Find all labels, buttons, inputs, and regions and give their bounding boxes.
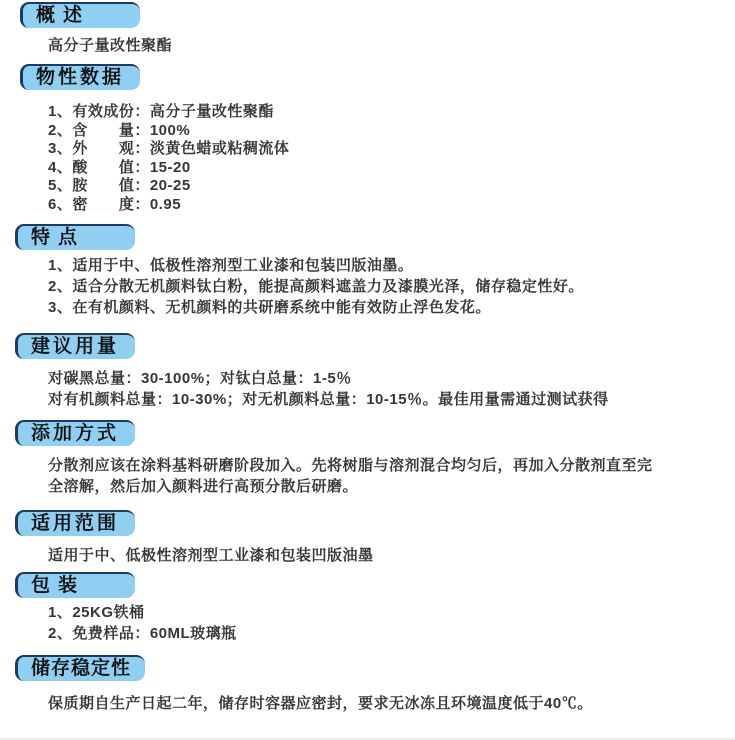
section-storage-stability: 储存稳定性 保质期自生产日起二年，储存时容器应密封，要求无冰冻且环境温度低于40… <box>0 644 735 714</box>
packaging-line: 1、25KG铁桶 <box>48 602 690 623</box>
dosage-line: 对碳黑总量：30-100%；对钛白总量：1-5％ <box>48 368 690 389</box>
property-line: 5、胺 值：20-25 <box>48 177 690 196</box>
product-spec-document: 概述 高分子量改性聚酯 物性数据 1、有效成份：高分子量改性聚酯 2、含 量：1… <box>0 0 735 740</box>
text-line: 高分子量改性聚酯 <box>48 35 690 56</box>
section-body-addition-method: 分散剂应该在涂料基料研磨阶段加入。先将树脂与溶剂混合均匀后，再加入分散剂直至完全… <box>48 455 663 497</box>
property-line: 2、含 量：100% <box>48 122 690 141</box>
section-body-packaging: 1、25KG铁桶 2、免费样品：60ML玻璃瓶 <box>48 602 690 644</box>
section-body-physical-properties: 1、有效成份：高分子量改性聚酯 2、含 量：100% 3、外 观：淡黄色蜡或粘稠… <box>48 103 690 214</box>
feature-line: 3、在有机颜料、无机颜料的共研磨系统中能有效防止浮色发花。 <box>48 297 690 318</box>
section-header-overview: 概述 <box>20 2 140 28</box>
property-line: 4、酸 值：15-20 <box>48 159 690 178</box>
section-body-application-scope: 适用于中、低极性溶剂型工业漆和包装凹版油墨 <box>48 545 690 566</box>
property-line: 6、密 度：0.95 <box>48 196 690 215</box>
scope-line: 适用于中、低极性溶剂型工业漆和包装凹版油墨 <box>48 545 690 566</box>
section-body-overview: 高分子量改性聚酯 <box>48 35 690 56</box>
storage-line: 保质期自生产日起二年，储存时容器应密封，要求无冰冻且环境温度低于40℃。 <box>48 693 690 714</box>
dosage-line: 对有机颜料总量：10-30%；对无机颜料总量：10-15％。最佳用量需通过测试获… <box>48 389 690 410</box>
method-paragraph: 分散剂应该在涂料基料研磨阶段加入。先将树脂与溶剂混合均匀后，再加入分散剂直至完全… <box>48 455 663 497</box>
section-header-features: 特点 <box>15 224 135 250</box>
section-addition-method: 添加方式 分散剂应该在涂料基料研磨阶段加入。先将树脂与溶剂混合均匀后，再加入分散… <box>0 410 735 497</box>
section-body-features: 1、适用于中、低极性溶剂型工业漆和包装凹版油墨。 2、适合分散无机颜料钛白粉，能… <box>48 255 690 318</box>
section-header-recommended-dosage: 建议用量 <box>15 333 135 359</box>
feature-line: 1、适用于中、低极性溶剂型工业漆和包装凹版油墨。 <box>48 255 690 276</box>
section-header-storage-stability: 储存稳定性 <box>15 655 145 681</box>
section-recommended-dosage: 建议用量 对碳黑总量：30-100%；对钛白总量：1-5％ 对有机颜料总量：10… <box>0 318 735 410</box>
section-packaging: 包装 1、25KG铁桶 2、免费样品：60ML玻璃瓶 <box>0 566 735 644</box>
feature-line: 2、适合分散无机颜料钛白粉，能提高颜料遮盖力及漆膜光泽，储存稳定性好。 <box>48 276 690 297</box>
section-header-physical-properties: 物性数据 <box>20 64 140 90</box>
property-line: 3、外 观：淡黄色蜡或粘稠流体 <box>48 140 690 159</box>
section-header-application-scope: 适用范围 <box>15 510 135 536</box>
property-line: 1、有效成份：高分子量改性聚酯 <box>48 103 690 122</box>
packaging-line: 2、免费样品：60ML玻璃瓶 <box>48 623 690 644</box>
section-body-recommended-dosage: 对碳黑总量：30-100%；对钛白总量：1-5％ 对有机颜料总量：10-30%；… <box>48 368 690 410</box>
section-physical-properties: 物性数据 1、有效成份：高分子量改性聚酯 2、含 量：100% 3、外 观：淡黄… <box>0 56 735 214</box>
section-application-scope: 适用范围 适用于中、低极性溶剂型工业漆和包装凹版油墨 <box>0 497 735 566</box>
section-overview: 概述 高分子量改性聚酯 <box>0 0 735 56</box>
section-header-addition-method: 添加方式 <box>15 420 135 446</box>
section-header-packaging: 包装 <box>15 572 135 598</box>
section-body-storage-stability: 保质期自生产日起二年，储存时容器应密封，要求无冰冻且环境温度低于40℃。 <box>48 693 690 714</box>
section-features: 特点 1、适用于中、低极性溶剂型工业漆和包装凹版油墨。 2、适合分散无机颜料钛白… <box>0 214 735 318</box>
